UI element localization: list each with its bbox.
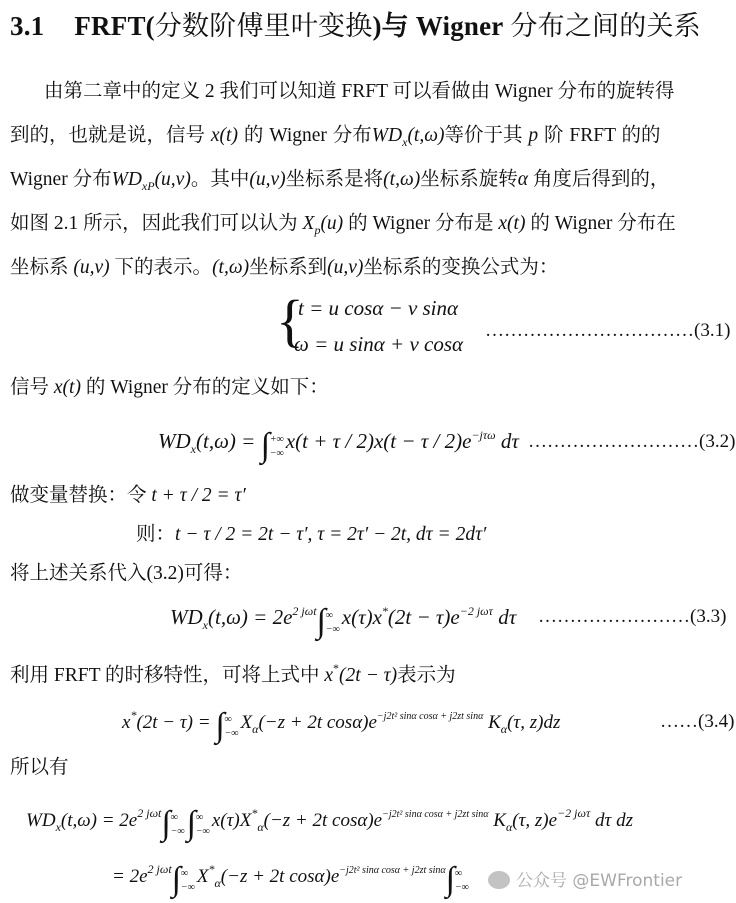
eq31-number: ……………………………(3.1)	[485, 320, 730, 342]
integral-sign: ∫	[446, 861, 455, 898]
para5: 将上述关系代入(3.2)可得：	[10, 552, 242, 596]
eq32-number: ………………………(3.2)	[528, 431, 735, 453]
eq33-number: ……………………(3.3)	[538, 606, 726, 628]
integral-sign: ∫	[261, 427, 270, 464]
integral-sign: ∫	[215, 707, 224, 744]
integral-sign: ∫	[172, 861, 181, 898]
para1-line1: 由第二章中的定义 2 我们可以知道 FRFT 可以看做由 Wigner 分布的旋…	[44, 70, 674, 114]
para1-line5: 坐标系 (u,v) 下的表示。(t,ω)坐标系到(u,v)坐标系的变换公式为：	[10, 246, 558, 290]
eq34-number: ……(3.4)	[660, 711, 734, 733]
para1-line3: Wigner 分布WDxP(u,v)。其中(u,v)坐标系是将(t,ω)坐标系旋…	[10, 158, 669, 208]
equation-3-5-line2: = 2e2 jωt∫∞−∞X*α(−z + 2t cosα)e−j2t² sin…	[112, 862, 471, 897]
para1-line4: 如图 2.1 所示，因此我们可以认为 Xp(u) 的 Wigner 分布是 x(…	[10, 202, 676, 252]
section-title: 3.1FRFT(分数阶傅里叶变换)与 Wigner 分布之间的关系	[10, 4, 701, 43]
section-number: 3.1	[10, 11, 44, 41]
wechat-logo-icon	[488, 871, 510, 889]
para7: 所以有	[10, 746, 69, 790]
eq31-row2: ω = u sinα + v cosα	[294, 332, 463, 357]
para3: 做变量替换：令 t + τ / 2 = τ′	[10, 474, 246, 518]
equation-3-4: x*(2t − τ) = ∫∞−∞Xα(−z + 2t cosα)e−j2t² …	[122, 708, 560, 743]
eq31-row1: t = u cosα − v sinα	[298, 296, 458, 321]
para4: 则：t − τ / 2 = 2t − τ′, τ = 2τ′ − 2t, dτ …	[136, 513, 486, 557]
equation-3-2: WDx(t,ω) = ∫+∞−∞x(t + τ / 2)x(t − τ / 2)…	[158, 428, 519, 463]
integral-sign: ∫	[161, 805, 170, 842]
para1-line2: 到的，也就是说，信号 x(t) 的 Wigner 分布WDx(t,ω)等价于其 …	[10, 114, 661, 164]
equation-3-5-line1: WDx(t,ω) = 2e2 jωt∫∞−∞∫∞−∞x(τ)X*α(−z + 2…	[26, 806, 633, 841]
integral-sign: ∫	[317, 603, 326, 640]
para6: 利用 FRFT 的时移特性，可将上式中 x*(2t − τ)表示为	[10, 646, 456, 698]
watermark: 公众号 @EWFrontier	[488, 866, 682, 891]
equation-3-3: WDx(t,ω) = 2e2 jωt∫∞−∞x(τ)x*(2t − τ)e−2 …	[170, 604, 516, 639]
para2: 信号 x(t) 的 Wigner 分布的定义如下：	[10, 366, 329, 410]
integral-sign: ∫	[187, 805, 196, 842]
